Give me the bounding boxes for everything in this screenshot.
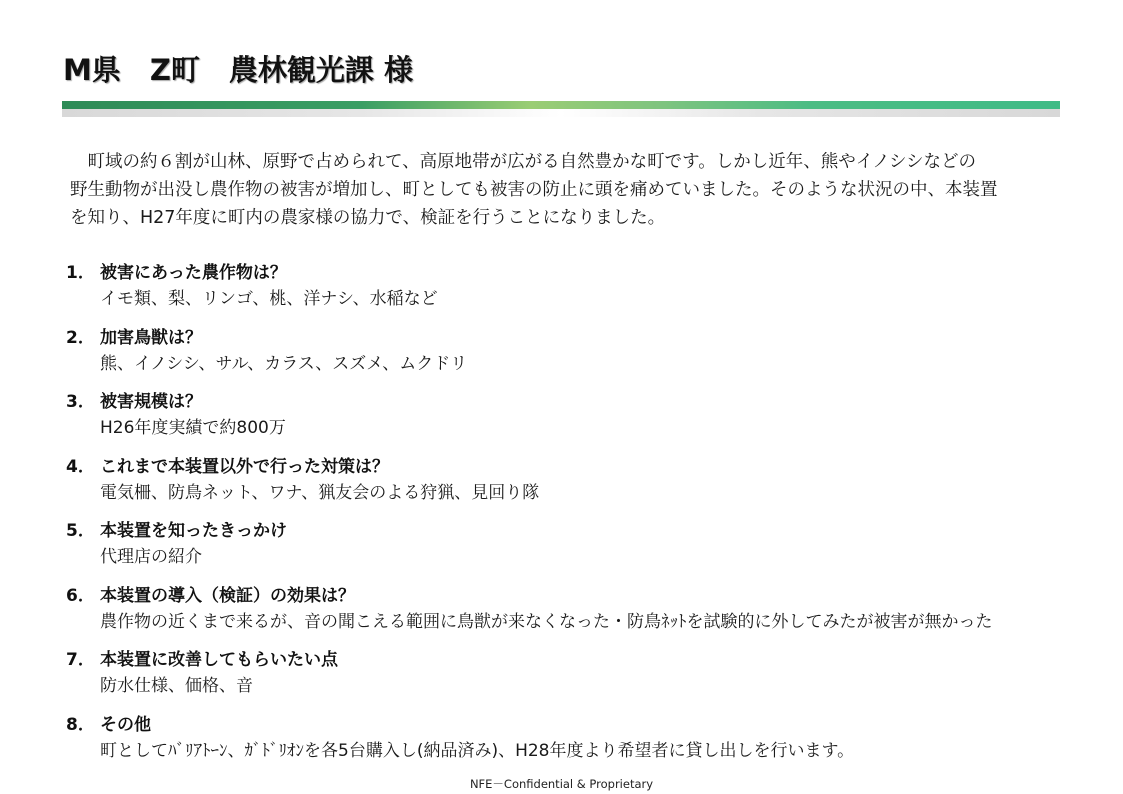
answer: 農作物の近くまで来るが、音の聞こえる範囲に鳥獣が来なくなった・防鳥ﾈｯﾄを試験的… xyxy=(66,609,1106,635)
answer: 熊、イノシシ、サル、カラス、スズメ、ムクドリ xyxy=(66,351,1106,377)
answer: 防水仕様、価格、音 xyxy=(66,673,1106,699)
question-text: 本装置を知ったきっかけ xyxy=(100,521,287,541)
question: 3．被害規模は？ xyxy=(66,389,1106,415)
question: 2．加害鳥獣は？ xyxy=(66,325,1106,351)
question-text: 加害鳥獣は？ xyxy=(100,328,202,348)
question-text: これまで本装置以外で行った対策は？ xyxy=(100,457,389,477)
answer: 代理店の紹介 xyxy=(66,544,1106,570)
question-text: 被害規模は？ xyxy=(100,392,202,412)
intro-line: 野生動物が出没し農作物の被害が増加し、町としても被害の防止に頭を痛めていました。… xyxy=(70,176,1070,204)
question-number: 1． xyxy=(66,260,100,286)
qa-item-7: 7．本装置に改善してもらいたい点 防水仕様、価格、音 xyxy=(66,647,1106,712)
question-number: 4． xyxy=(66,454,100,480)
answer: イモ類、梨、リンゴ、桃、洋ナシ、水稲など xyxy=(66,286,1106,312)
answer: 電気柵、防鳥ネット、ワナ、猟友会のよる狩猟、見回り隊 xyxy=(66,480,1106,506)
qa-list: 1．被害にあった農作物は？ イモ類、梨、リンゴ、桃、洋ナシ、水稲など 2．加害鳥… xyxy=(66,260,1106,776)
question-number: 3． xyxy=(66,389,100,415)
qa-item-2: 2．加害鳥獣は？ 熊、イノシシ、サル、カラス、スズメ、ムクドリ xyxy=(66,325,1106,390)
title-divider-gray xyxy=(62,109,1060,117)
page-title: M県 Z町 農林観光課 様 xyxy=(63,50,413,90)
title-divider-green xyxy=(62,101,1060,109)
question: 6．本装置の導入（検証）の効果は？ xyxy=(66,583,1106,609)
question-number: 7． xyxy=(66,647,100,673)
question-number: 5． xyxy=(66,518,100,544)
question: 8．その他 xyxy=(66,712,1106,738)
intro-paragraph: 町域の約６割が山林、原野で占められて、高原地帯が広がる自然豊かな町です。しかし近… xyxy=(70,148,1070,232)
question: 7．本装置に改善してもらいたい点 xyxy=(66,647,1106,673)
question-number: 6． xyxy=(66,583,100,609)
answer: 町としてﾊﾞﾘｱﾄｰﾝ、ｶﾞﾄﾞﾘｵﾝを各5台購入し(納品済み)、H28年度より… xyxy=(66,738,1106,764)
question-text: 被害にあった農作物は？ xyxy=(100,263,287,283)
intro-line: を知り、H27年度に町内の農家様の協力で、検証を行うことになりました。 xyxy=(70,204,1070,232)
confidential-footer: NFE－Confidential & Proprietary xyxy=(0,776,1123,792)
question: 4．これまで本装置以外で行った対策は？ xyxy=(66,454,1106,480)
question-text: 本装置の導入（検証）の効果は？ xyxy=(100,586,355,606)
question-number: 8． xyxy=(66,712,100,738)
qa-item-5: 5．本装置を知ったきっかけ 代理店の紹介 xyxy=(66,518,1106,583)
question-text: その他 xyxy=(100,715,151,735)
qa-item-4: 4．これまで本装置以外で行った対策は？ 電気柵、防鳥ネット、ワナ、猟友会のよる狩… xyxy=(66,454,1106,519)
answer: H26年度実績で約800万 xyxy=(66,415,1106,441)
question-number: 2． xyxy=(66,325,100,351)
question: 1．被害にあった農作物は？ xyxy=(66,260,1106,286)
qa-item-3: 3．被害規模は？ H26年度実績で約800万 xyxy=(66,389,1106,454)
question: 5．本装置を知ったきっかけ xyxy=(66,518,1106,544)
question-text: 本装置に改善してもらいたい点 xyxy=(100,650,338,670)
qa-item-1: 1．被害にあった農作物は？ イモ類、梨、リンゴ、桃、洋ナシ、水稲など xyxy=(66,260,1106,325)
intro-line: 町域の約６割が山林、原野で占められて、高原地帯が広がる自然豊かな町です。しかし近… xyxy=(70,148,1070,176)
qa-item-8: 8．その他 町としてﾊﾞﾘｱﾄｰﾝ、ｶﾞﾄﾞﾘｵﾝを各5台購入し(納品済み)、H… xyxy=(66,712,1106,777)
qa-item-6: 6．本装置の導入（検証）の効果は？ 農作物の近くまで来るが、音の聞こえる範囲に鳥… xyxy=(66,583,1106,648)
